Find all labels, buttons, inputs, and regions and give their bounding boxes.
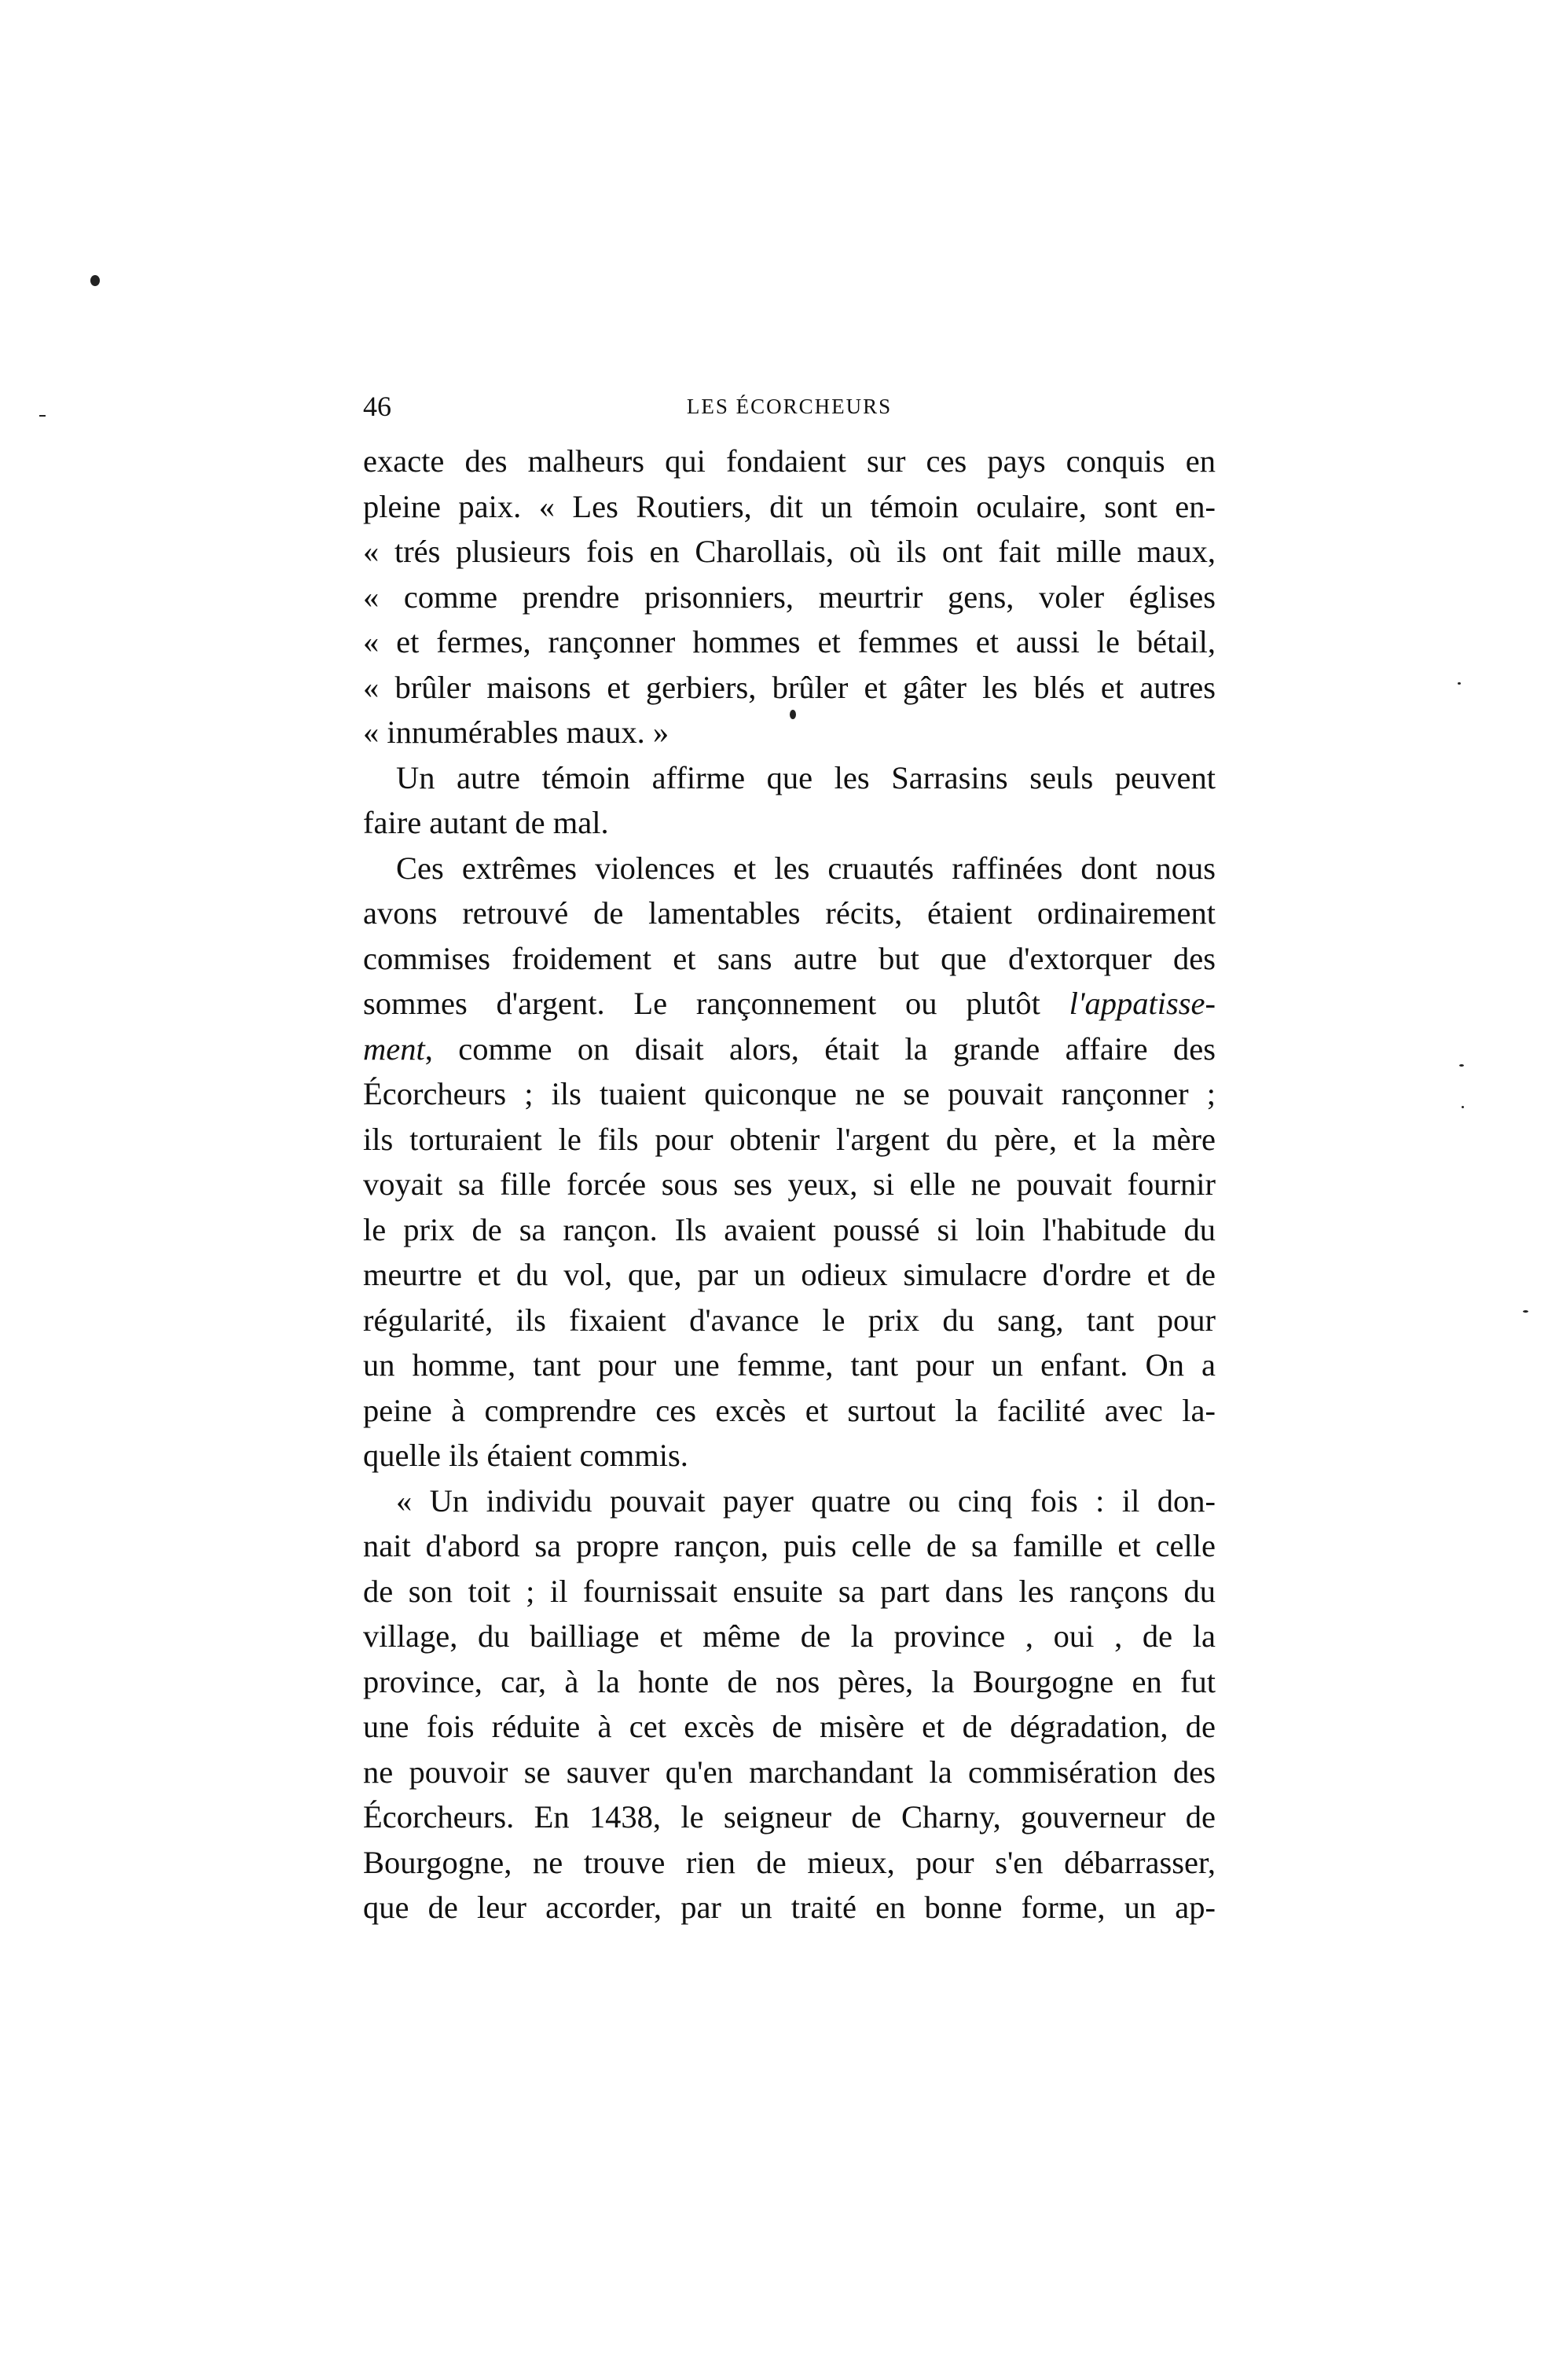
page-header: 46 LES ÉCORCHEURS — [363, 390, 1216, 424]
italic-term: l'appatisse- — [1069, 986, 1216, 1021]
text-line: Écorcheurs. En 1438, le seigneur de Char… — [363, 1794, 1216, 1840]
text-line: quelle ils étaient commis. — [363, 1433, 1216, 1478]
text-run: sommes d'argent. Le rançonnement ou plut… — [363, 986, 1069, 1021]
text-line: sommes d'argent. Le rançonnement ou plut… — [363, 981, 1216, 1027]
text-line: une fois réduite à cet excès de misère e… — [363, 1704, 1216, 1750]
book-page: 46 LES ÉCORCHEURS exacte des malheurs qu… — [0, 0, 1548, 2380]
text-line: « comme prendre prisonniers, meurtrir ge… — [363, 575, 1216, 620]
text-line: « et fermes, rançonner hommes et femmes … — [363, 619, 1216, 665]
running-head: LES ÉCORCHEURS — [363, 395, 1216, 419]
text-line: Écorcheurs ; ils tuaient quiconque ne se… — [363, 1071, 1216, 1117]
text-line: ne pouvoir se sauver qu'en marchandant l… — [363, 1750, 1216, 1795]
text-line: que de leur accorder, par un traité en b… — [363, 1885, 1216, 1930]
paragraph-start-line: Un autre témoin affirme que les Sarrasin… — [363, 755, 1216, 801]
text-line: peine à comprendre ces excès et surtout … — [363, 1388, 1216, 1434]
text-line: ment, comme on disait alors, était la gr… — [363, 1027, 1216, 1072]
ink-blot — [790, 710, 796, 719]
text-line: exacte des malheurs qui fondaient sur ce… — [363, 439, 1216, 484]
text-line: de son toit ; il fournissait ensuite sa … — [363, 1569, 1216, 1614]
scan-speck — [90, 275, 100, 286]
text-run: , comme on disait alors, était la grande… — [425, 1031, 1216, 1067]
text-line: Bourgogne, ne trouve rien de mieux, pour… — [363, 1840, 1216, 1886]
text-line: voyait sa fille forcée sous ses yeux, si… — [363, 1162, 1216, 1207]
body-text: exacte des malheurs qui fondaient sur ce… — [363, 439, 1216, 1930]
text-line: ils torturaient le fils pour obtenir l'a… — [363, 1117, 1216, 1162]
scan-speck — [1458, 682, 1461, 685]
scan-speck — [1462, 1106, 1464, 1108]
text-line: pleine paix. « Les Routiers, dit un témo… — [363, 484, 1216, 530]
italic-term: ment — [363, 1031, 425, 1067]
scan-speck — [39, 415, 46, 417]
text-line: avons retrouvé de lamentables récits, ét… — [363, 891, 1216, 936]
text-line: le prix de sa rançon. Ils avaient poussé… — [363, 1207, 1216, 1253]
text-line: meurtre et du vol, que, par un odieux si… — [363, 1252, 1216, 1298]
scan-speck — [1459, 1064, 1464, 1067]
text-line: « trés plusieurs fois en Charollais, où … — [363, 529, 1216, 575]
paragraph-start-line: « Un individu pouvait payer quatre ou ci… — [363, 1478, 1216, 1524]
text-line: province, car, à la honte de nos pères, … — [363, 1659, 1216, 1705]
text-line: « brûler maisons et gerbiers, brûler et … — [363, 665, 1216, 711]
text-line: village, du bailliage et même de la prov… — [363, 1614, 1216, 1659]
paragraph-start-line: Ces extrêmes violences et les cruautés r… — [363, 846, 1216, 891]
text-line: faire autant de mal. — [363, 800, 1216, 846]
text-line: commises froidement et sans autre but qu… — [363, 936, 1216, 982]
text-line: nait d'abord sa propre rançon, puis cell… — [363, 1523, 1216, 1569]
text-line: un homme, tant pour une femme, tant pour… — [363, 1342, 1216, 1388]
scan-speck — [1523, 1310, 1528, 1313]
text-line: régularité, ils fixaient d'avance le pri… — [363, 1298, 1216, 1343]
